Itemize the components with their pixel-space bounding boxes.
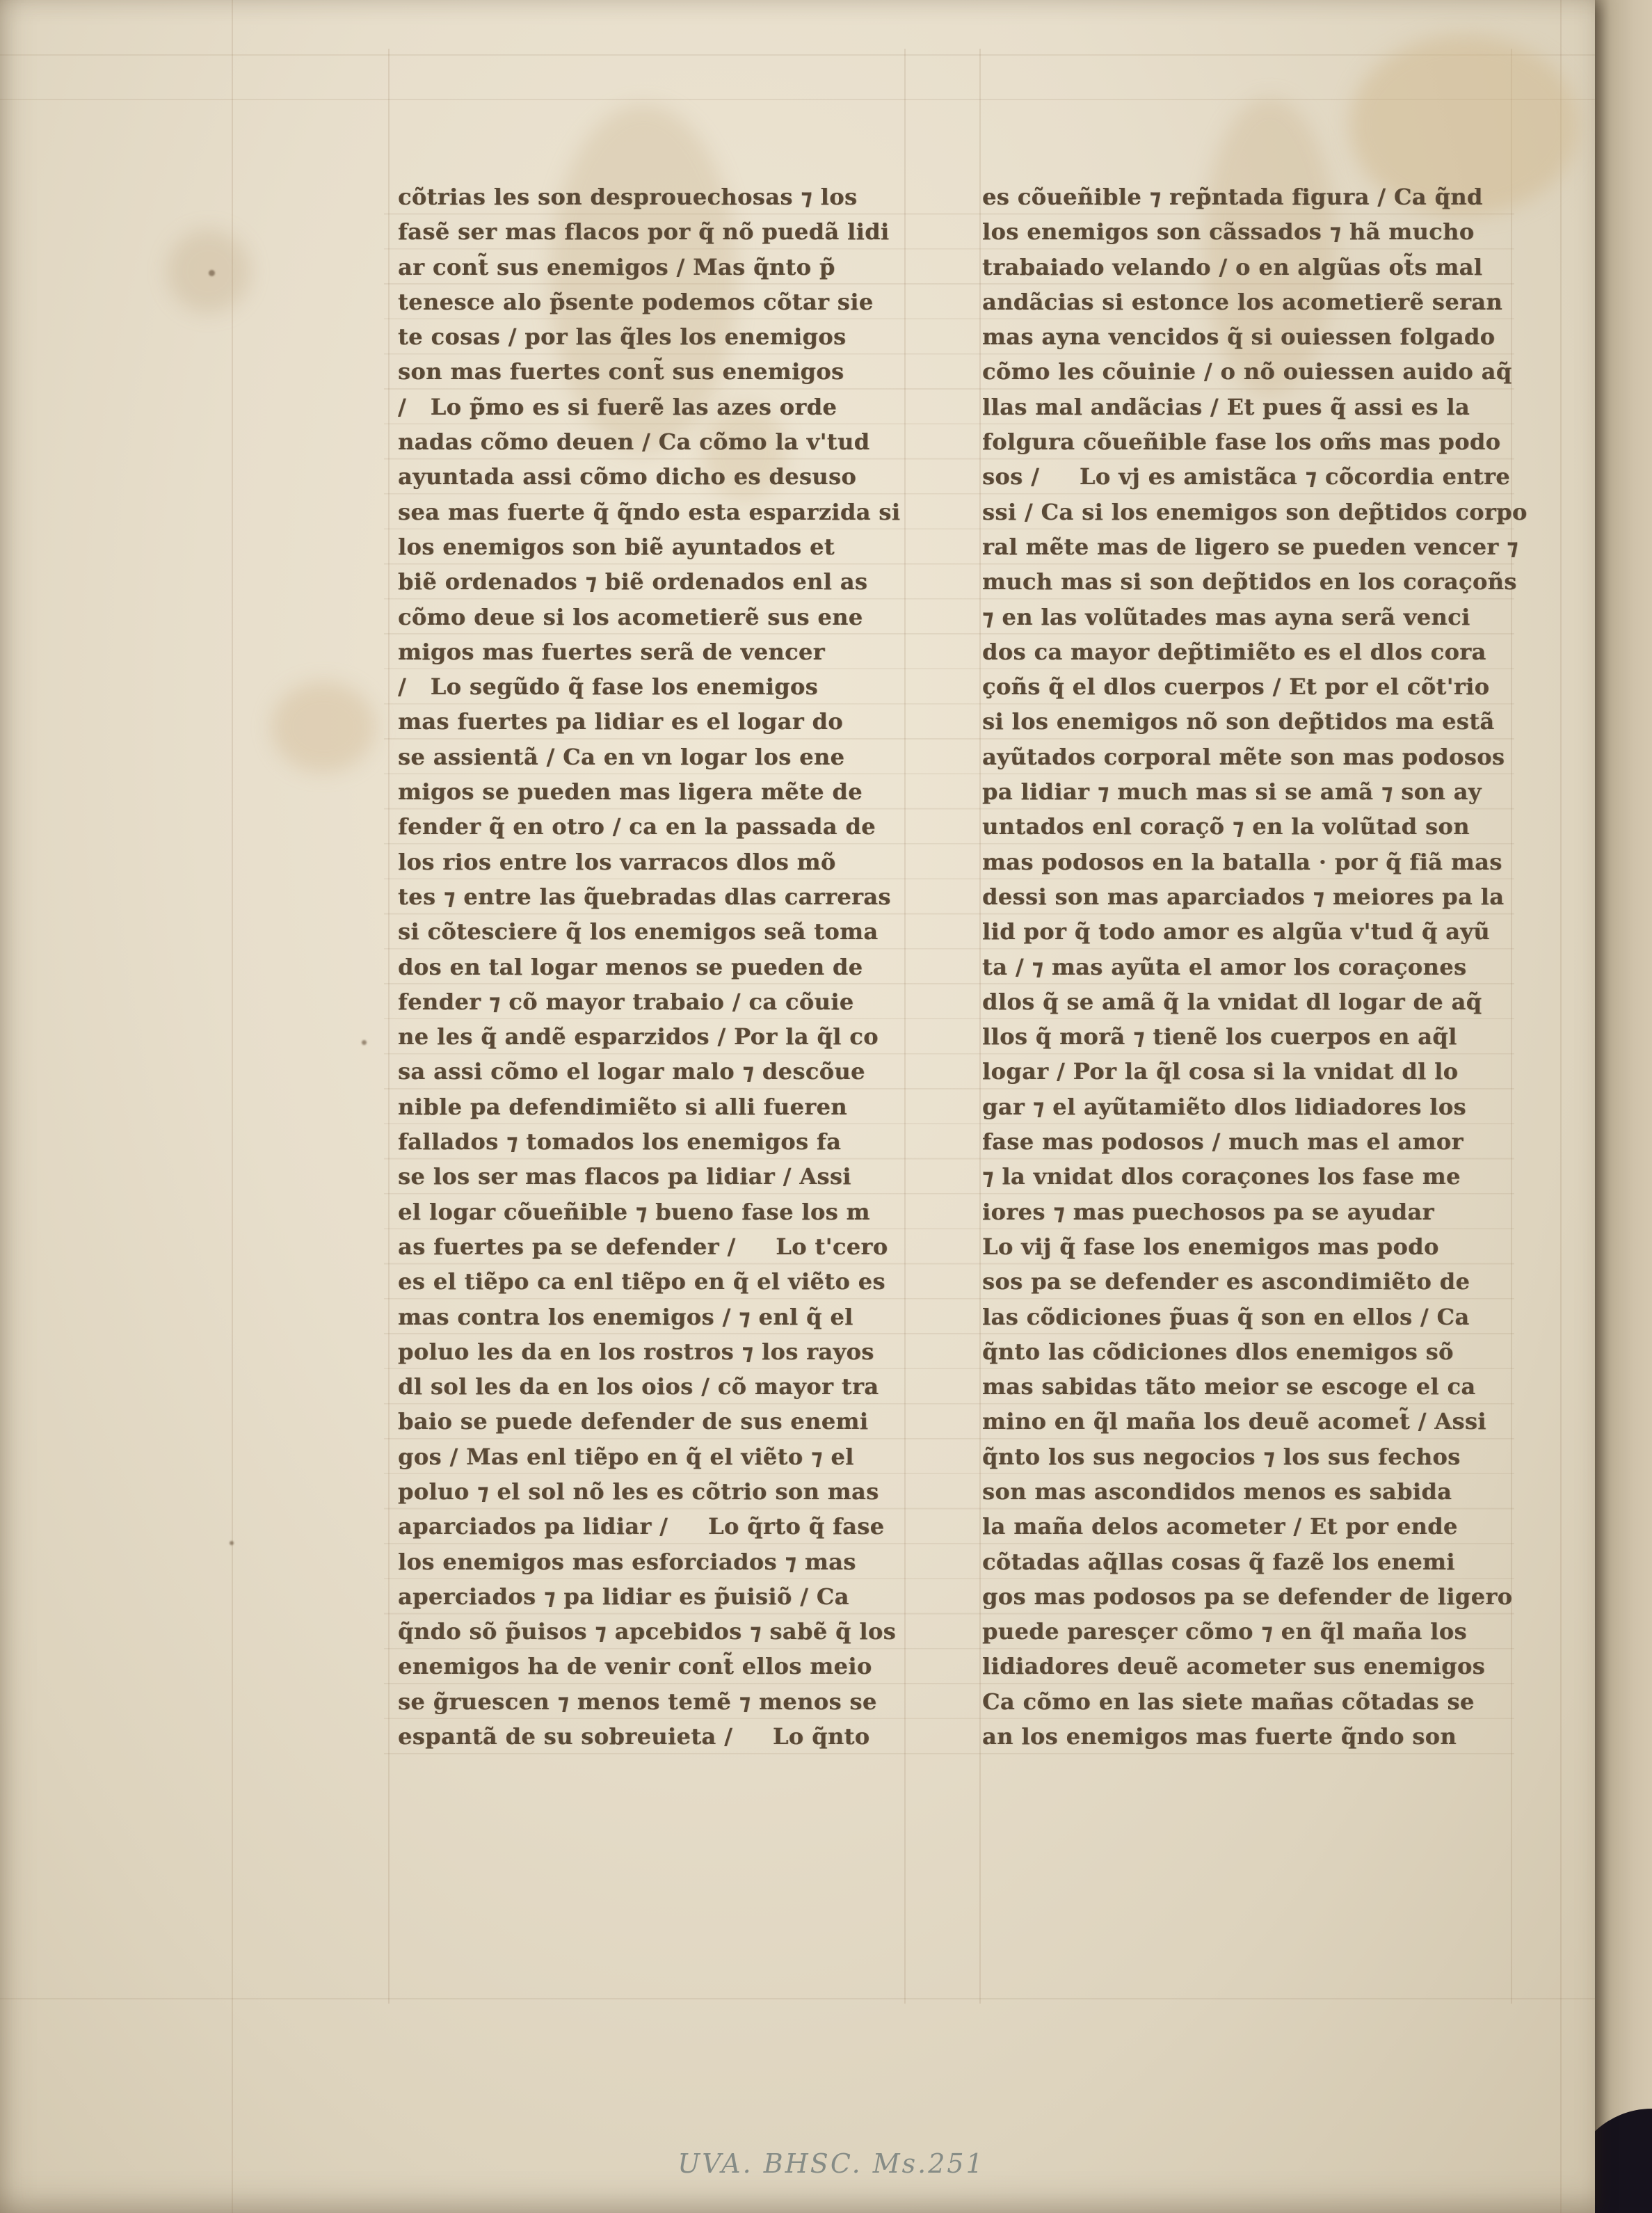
manuscript-text-line: son mas ascondidos menos es sabida	[982, 1474, 1511, 1509]
manuscript-text-line: cõtrias les son desprouechosas ⁊ los	[398, 179, 906, 214]
manuscript-text-line: dlos q̃ se amã q̃ la vnidat dl logar de …	[982, 984, 1511, 1019]
manuscript-text-line: Lo vij q̃ fase los enemigos mas podo	[982, 1229, 1511, 1264]
manuscript-text-line: gar ⁊ el ayũtamiẽto dlos lidiadores los	[982, 1089, 1511, 1124]
ruling-line-top2	[0, 99, 1595, 100]
manuscript-text-line: poluo les da en los rostros ⁊ los rayos	[398, 1334, 906, 1369]
manuscript-text-line: mas sabidas tãto meior se escoge el ca	[982, 1369, 1511, 1404]
manuscript-text-line: mas podosos en la batalla · por q̃ fiã m…	[982, 845, 1511, 879]
manuscript-text-line: espantã de su sobreuieta / Lo q̃nto	[398, 1719, 906, 1754]
manuscript-text-line: gos mas podosos pa se defender de ligero	[982, 1579, 1511, 1614]
manuscript-text-line: si cõtesciere q̃ los enemigos seã toma	[398, 914, 906, 949]
manuscript-text-line: mas fuertes pa lidiar es el logar do	[398, 704, 906, 739]
manuscript-text-line: aperciados ⁊ pa lidiar es p̃uisiõ / Ca	[398, 1579, 906, 1614]
manuscript-text-line: as fuertes pa se defender / Lo t'cero	[398, 1229, 906, 1264]
manuscript-text-line: se assientã / Ca en vn logar los ene	[398, 740, 906, 774]
manuscript-text-line: an los enemigos mas fuerte q̃ndo son	[982, 1719, 1511, 1754]
manuscript-text-line: el logar cõueñible ⁊ bueno fase los m	[398, 1195, 906, 1229]
manuscript-text-line: biẽ ordenados ⁊ biẽ ordenados enl as	[398, 564, 906, 599]
manuscript-text-line: trabaiado velando / o en algũas ot̃s mal	[982, 250, 1511, 285]
manuscript-text-line: q̃ndo sõ p̃uisos ⁊ apcebidos ⁊ sabẽ q̃ l…	[398, 1614, 906, 1649]
manuscript-text-line: fender ⁊ cõ mayor trabaio / ca cõuie	[398, 984, 906, 1019]
manuscript-text-line: ayuntada assi cõmo dicho es desuso	[398, 459, 906, 494]
stain	[271, 682, 376, 772]
manuscript-text-line: tes ⁊ entre las q̃uebradas dlas carreras	[398, 879, 906, 914]
manuscript-page: cõtrias les son desprouechosas ⁊ losfasẽ…	[0, 0, 1595, 2213]
next-folio-edge	[1592, 0, 1652, 2213]
manuscript-text-line: mino en q̃l maña los deuẽ acomet̃ / Assi	[982, 1404, 1511, 1439]
manuscript-text-line: es cõueñible ⁊ rep̃ntada figura / Ca q̃n…	[982, 179, 1511, 214]
manuscript-text-line: ayũtados corporal mẽte son mas podosos	[982, 740, 1511, 774]
manuscript-text-line: untados enl coraçõ ⁊ en la volũtad son	[982, 809, 1511, 844]
manuscript-text-line: / Lo p̃mo es si fuerẽ las azes orde	[398, 390, 906, 424]
manuscript-text-line: puede paresçer cõmo ⁊ en q̃l maña los	[982, 1614, 1511, 1649]
manuscript-text-line: ar cont̃ sus enemigos / Mas q̃nto p̃	[398, 250, 906, 285]
manuscript-text-line: ⁊ en las volũtades mas ayna serã venci	[982, 600, 1511, 634]
manuscript-text-line: dos en tal logar menos se pueden de	[398, 950, 906, 984]
manuscript-scan: cõtrias les son desprouechosas ⁊ losfasẽ…	[0, 0, 1652, 2213]
manuscript-text-line: cõmo les cõuinie / o nõ ouiessen auido a…	[982, 354, 1511, 389]
manuscript-text-line: cõmo deue si los acometierẽ sus ene	[398, 600, 906, 634]
manuscript-text-line: logar / Por la q̃l cosa si la vnidat dl …	[982, 1054, 1511, 1089]
manuscript-text-line: los enemigos son cãssados ⁊ hã mucho	[982, 214, 1511, 249]
manuscript-text-line: çoñs q̃ el dlos cuerpos / Et por el cõt'…	[982, 669, 1511, 704]
manuscript-text-line: iores ⁊ mas puechosos pa se ayudar	[982, 1195, 1511, 1229]
ruling-line-top	[0, 54, 1595, 56]
manuscript-text-line: migos se pueden mas ligera mẽte de	[398, 774, 906, 809]
manuscript-text-line: si los enemigos nõ son dep̃tidos ma estã	[982, 704, 1511, 739]
manuscript-text-line: fase mas podosos / much mas el amor	[982, 1124, 1511, 1159]
manuscript-text-line: sos pa se defender es ascondimiẽto de	[982, 1264, 1511, 1299]
manuscript-text-line: fender q̃ en otro / ca en la passada de	[398, 809, 906, 844]
manuscript-text-line: dessi son mas aparciados ⁊ meiores pa la	[982, 879, 1511, 914]
column-rule-3	[979, 49, 981, 2004]
manuscript-text-line: ta / ⁊ mas ayũta el amor los coraçones	[982, 950, 1511, 984]
manuscript-text-line: los rios entre los varracos dlos mõ	[398, 845, 906, 879]
manuscript-text-line: pa lidiar ⁊ much mas si se amã ⁊ son ay	[982, 774, 1511, 809]
manuscript-text-line: baio se puede defender de sus enemi	[398, 1404, 906, 1439]
manuscript-text-line: nible pa defendimiẽto si alli fueren	[398, 1089, 906, 1124]
manuscript-text-line: las cõdiciones p̃uas q̃ son en ellos / C…	[982, 1300, 1511, 1334]
manuscript-text-line: q̃nto los sus negocios ⁊ los sus fechos	[982, 1439, 1511, 1474]
manuscript-text-line: migos mas fuertes serã de vencer	[398, 634, 906, 669]
manuscript-text-line: ⁊ la vnidat dlos coraçones los fase me	[982, 1159, 1511, 1194]
right-text-column: es cõueñible ⁊ rep̃ntada figura / Ca q̃n…	[982, 179, 1511, 1754]
manuscript-text-line: te cosas / por las q̃les los enemigos	[398, 319, 906, 354]
manuscript-text-line: llos q̃ morã ⁊ tienẽ los cuerpos en aq̃l	[982, 1019, 1511, 1054]
manuscript-text-line: sa assi cõmo el logar malo ⁊ descõue	[398, 1054, 906, 1089]
manuscript-text-line: nadas cõmo deuen / Ca cõmo la v'tud	[398, 424, 906, 459]
manuscript-text-line: dl sol les da en los oios / cõ mayor tra	[398, 1369, 906, 1404]
manuscript-text-line: lid por q̃ todo amor es algũa v'tud q̃ a…	[982, 914, 1511, 949]
ink-speck	[209, 270, 215, 276]
manuscript-text-line: aparciados pa lidiar / Lo q̃rto q̃ fase	[398, 1509, 906, 1544]
manuscript-text-line: son mas fuertes cont̃ sus enemigos	[398, 354, 906, 389]
shelfmark-caption: UVA. BHSC. Ms.251	[677, 2148, 984, 2179]
manuscript-text-line: / Lo segũdo q̃ fase los enemigos	[398, 669, 906, 704]
margin-rule-left	[232, 0, 233, 2213]
manuscript-text-line: fasẽ ser mas flacos por q̃ nõ puedã lidi	[398, 214, 906, 249]
manuscript-text-line: es el tiẽpo ca enl tiẽpo en q̃ el viẽto …	[398, 1264, 906, 1299]
manuscript-text-line: los enemigos mas esforciados ⁊ mas	[398, 1544, 906, 1579]
manuscript-text-line: dos ca mayor dep̃timiẽto es el dlos cora	[982, 634, 1511, 669]
manuscript-text-line: fallados ⁊ tomados los enemigos fa	[398, 1124, 906, 1159]
left-text-column: cõtrias les son desprouechosas ⁊ losfasẽ…	[398, 179, 906, 1754]
manuscript-text-line: cõtadas aq̃llas cosas q̃ fazẽ los enemi	[982, 1544, 1511, 1579]
column-rule-1	[388, 49, 390, 2004]
manuscript-text-line: ssi / Ca si los enemigos son dep̃tidos c…	[982, 495, 1511, 529]
ink-speck	[362, 1040, 367, 1045]
manuscript-text-line: poluo ⁊ el sol nõ les es cõtrio son mas	[398, 1474, 906, 1509]
manuscript-text-line: ral mẽte mas de ligero se pueden vencer …	[982, 529, 1511, 564]
manuscript-text-line: q̃nto las cõdiciones dlos enemigos sõ	[982, 1334, 1511, 1369]
manuscript-text-line: la maña delos acometer / Et por ende	[982, 1509, 1511, 1544]
manuscript-text-line: lidiadores deuẽ acometer sus enemigos	[982, 1649, 1511, 1684]
manuscript-text-line: mas ayna vencidos q̃ si ouiessen folgado	[982, 319, 1511, 354]
margin-rule-right	[1560, 0, 1562, 2213]
ruling-line-bottom	[0, 1998, 1595, 1999]
manuscript-text-line: llas mal andãcias / Et pues q̃ assi es l…	[982, 390, 1511, 424]
manuscript-text-line: enemigos ha de venir cont̃ ellos meio	[398, 1649, 906, 1684]
manuscript-text-line: sea mas fuerte q̃ q̃ndo esta esparzida s…	[398, 495, 906, 529]
manuscript-text-line: ne les q̃ andẽ esparzidos / Por la q̃l c…	[398, 1019, 906, 1054]
manuscript-text-line: sos / Lo vj es amistãca ⁊ cõcordia entre	[982, 459, 1511, 494]
manuscript-text-line: folgura cõueñible fase los om̃s mas podo	[982, 424, 1511, 459]
manuscript-text-line: los enemigos son biẽ ayuntados et	[398, 529, 906, 564]
manuscript-text-line: andãcias si estonce los acometierẽ seran	[982, 285, 1511, 319]
manuscript-text-line: gos / Mas enl tiẽpo en q̃ el viẽto ⁊ el	[398, 1439, 906, 1474]
manuscript-text-line: mas contra los enemigos / ⁊ enl q̃ el	[398, 1300, 906, 1334]
column-rule-4	[1511, 49, 1512, 2004]
manuscript-text-line: se g̃ruescen ⁊ menos temẽ ⁊ menos se	[398, 1684, 906, 1719]
manuscript-text-line: much mas si son dep̃tidos en los coraçoñ…	[982, 564, 1511, 599]
manuscript-text-line: se los ser mas flacos pa lidiar / Assi	[398, 1159, 906, 1194]
manuscript-text-line: Ca cõmo en las siete mañas cõtadas se	[982, 1684, 1511, 1719]
ink-speck	[230, 1541, 234, 1545]
manuscript-text-line: tenesce alo p̃sente podemos cõtar sie	[398, 285, 906, 319]
